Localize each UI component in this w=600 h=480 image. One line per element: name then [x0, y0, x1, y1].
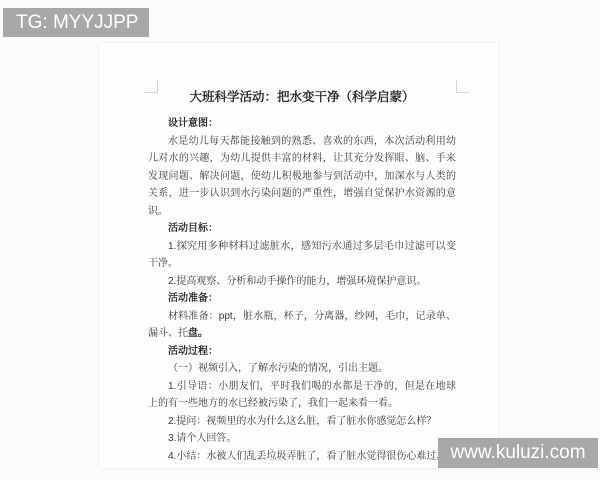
process-part1-title: （一）视频引入，了解水污染的情况，引出主题。 [148, 360, 456, 378]
goals-heading: 活动目标： [148, 220, 456, 238]
prep-heading: 活动准备： [148, 290, 456, 308]
process-step-1: 1.引导语：小朋友们，平时我们喝的水都是干净的，但是在地球上的有一些地方的水已经… [148, 378, 456, 413]
design-intent-body: 水是幼儿每天都能接触到的熟悉、喜欢的东西，本次活动利用幼儿对水的兴趣，为幼儿提供… [148, 133, 456, 221]
materials-line: 材料准备：ppt，脏水瓶，杯子，分离器，纱网，毛巾，记录单、漏斗、托盘。 [148, 308, 456, 343]
document-title: 大班科学活动：把水变干净（科学启蒙） [148, 88, 456, 106]
materials-text-bold-tail: 盘。 [188, 328, 208, 339]
process-heading: 活动过程： [148, 343, 456, 361]
watermark-badge-bottom-right: www.kuluzi.com [438, 438, 598, 468]
screenshot-root: { "colors": { "watermark_bg": "#a8a8a8",… [0, 0, 600, 480]
page-corner-mark-right-icon [456, 80, 469, 93]
process-step-3: 3.请个人回答。 [148, 430, 456, 448]
document-content: 大班科学活动：把水变干净（科学启蒙） 设计意图： 水是幼儿每天都能接触到的熟悉、… [148, 88, 456, 465]
goal-item-1: 1.探究用多种材料过滤脏水，感知污水通过多层毛巾过滤可以变干净。 [148, 238, 456, 273]
design-intent-heading: 设计意图： [148, 115, 456, 133]
watermark-badge-top-left: TG: MYYJJPP [3, 8, 149, 37]
goal-item-2: 2.提高观察、分析和动手操作的能力，增强环境保护意识。 [148, 273, 456, 291]
process-step-2: 2.提问：视频里的水为什么这么脏，看了脏水你感觉怎么样？ [148, 413, 456, 431]
process-step-4: 4.小结：水被人们乱丢垃圾弄脏了，看了脏水觉得很伤心难过。 [148, 448, 456, 466]
